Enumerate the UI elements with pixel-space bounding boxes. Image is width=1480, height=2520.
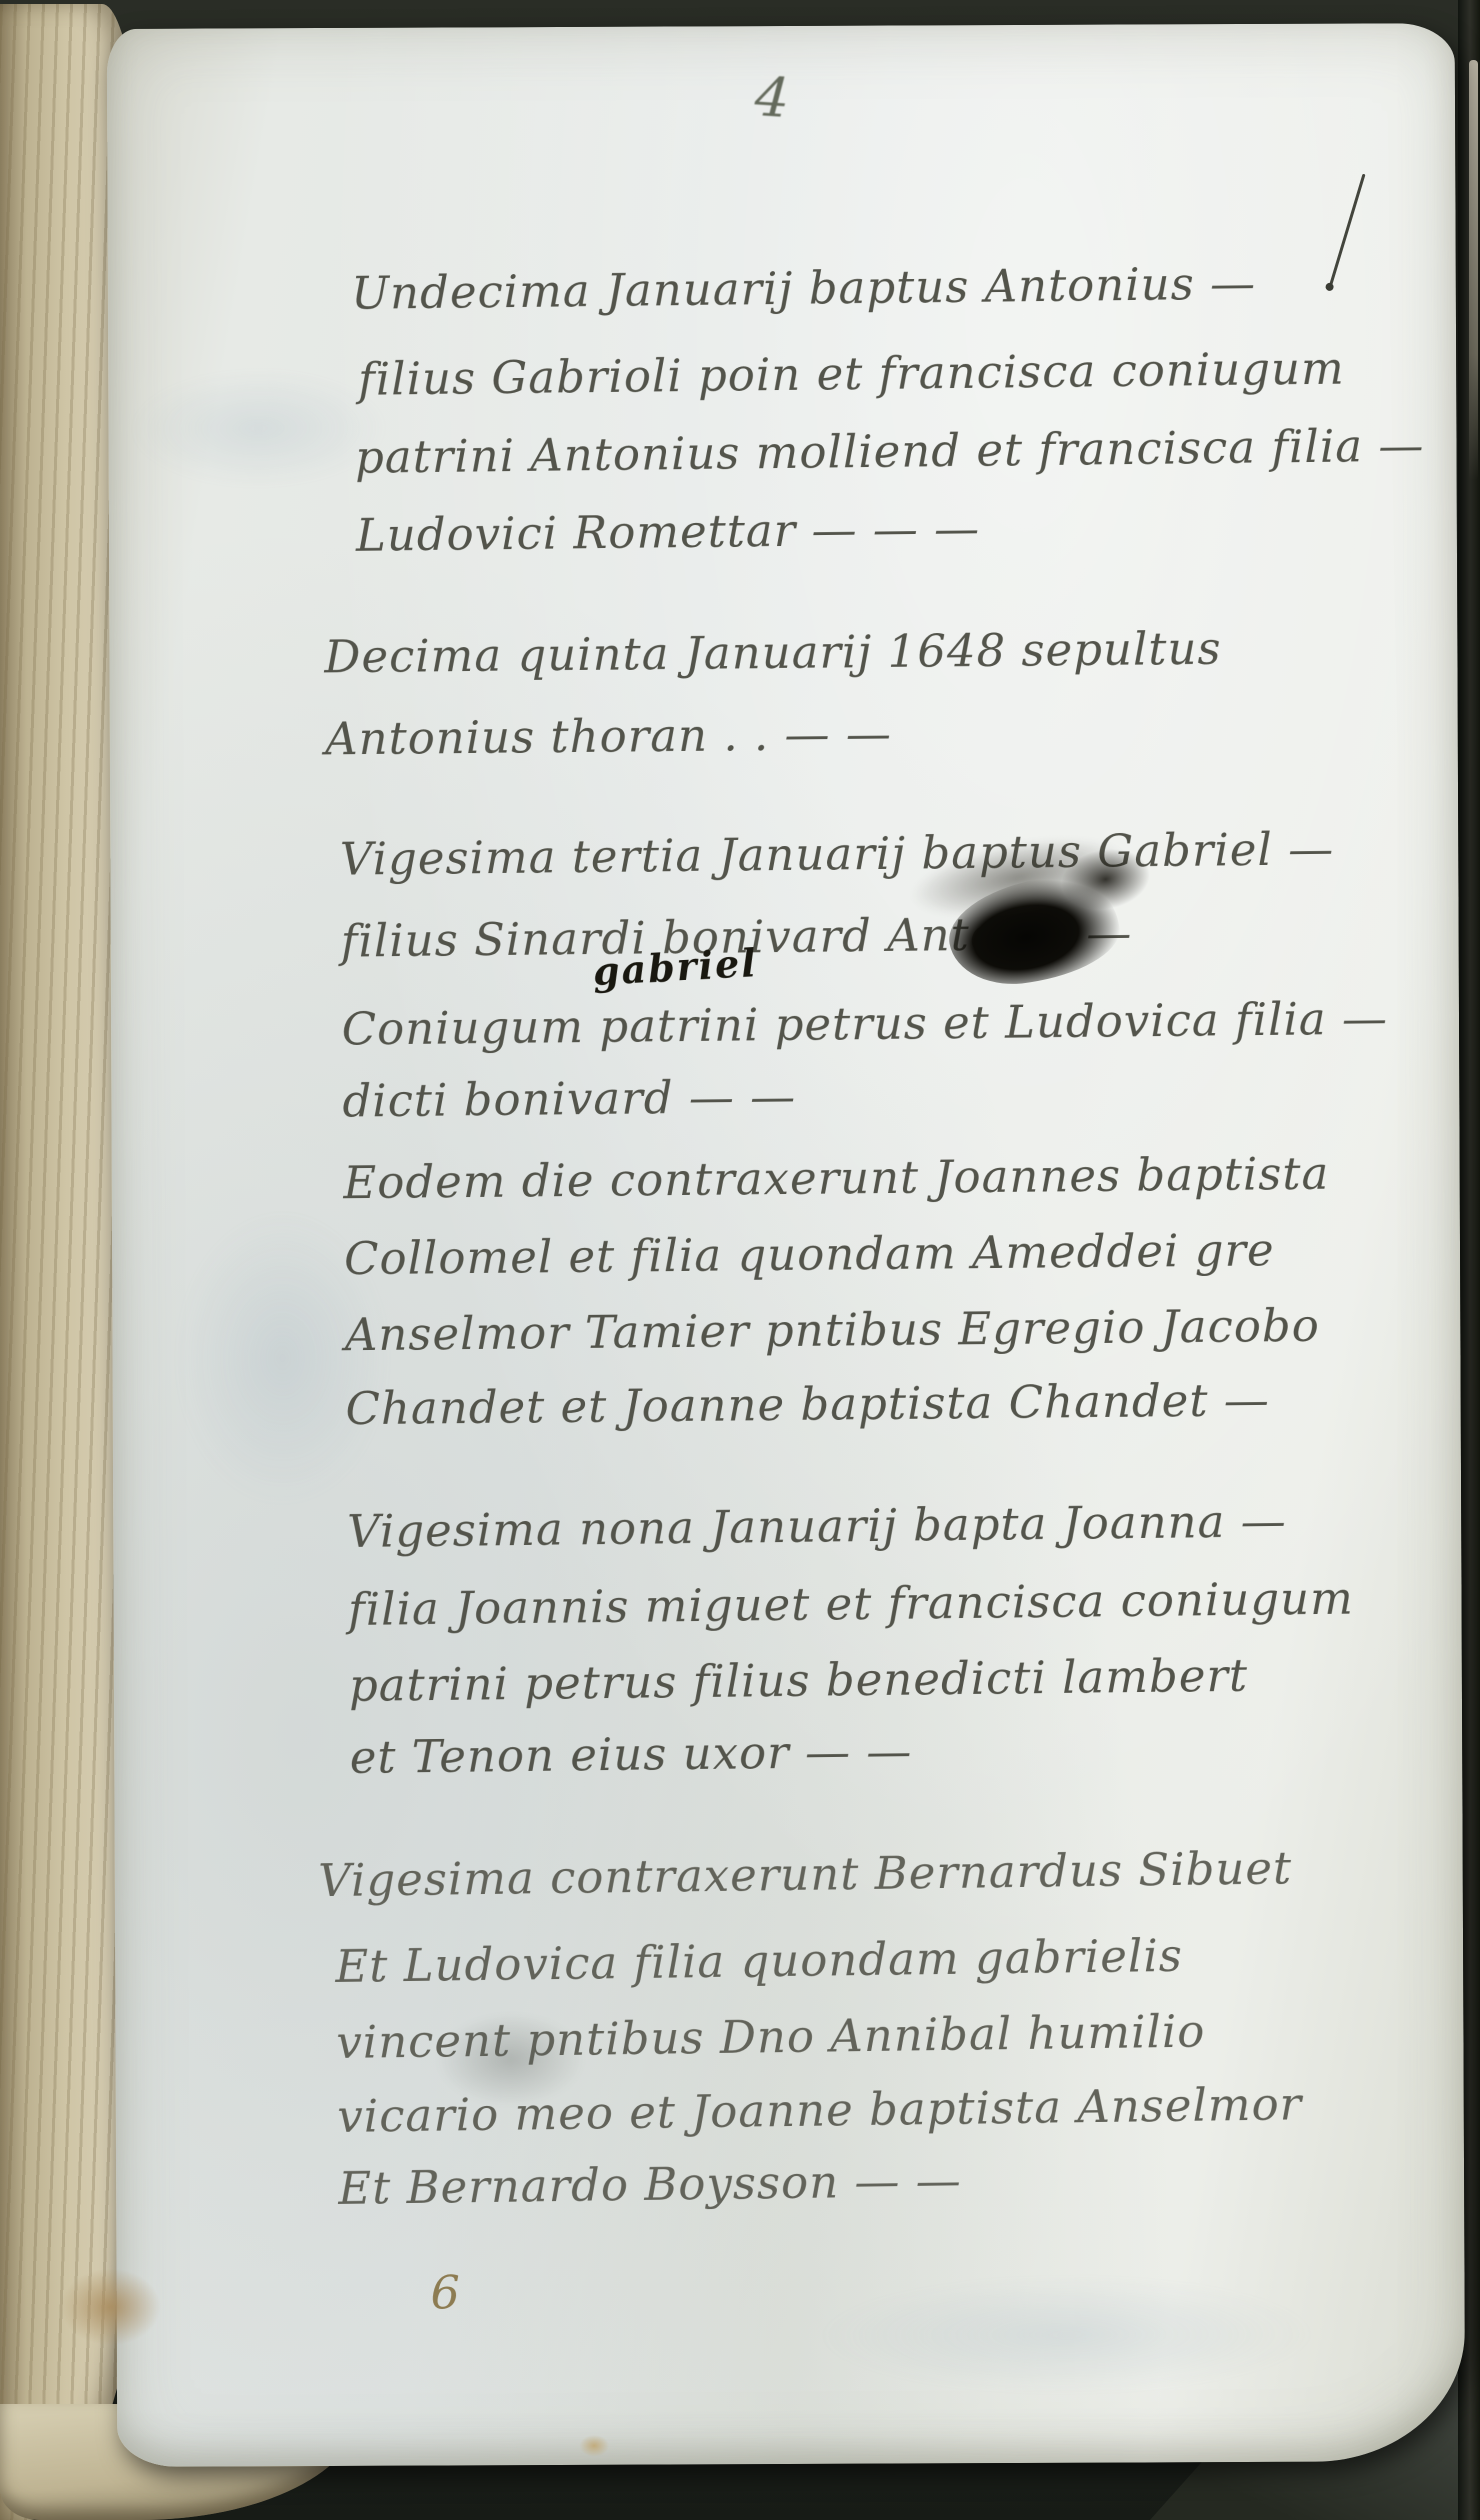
ink-line: Et Bernardo Boysson — — xyxy=(338,2154,962,2215)
manuscript-page: 4 Undecima Januarij baptus Antonius — fi… xyxy=(107,23,1466,2467)
ink-smudge xyxy=(435,2012,585,2108)
page-number-bottom: 6 xyxy=(430,2265,460,2319)
ink-line: Vigesima contraxerunt Bernardus Sibuet xyxy=(318,1841,1292,1907)
register-entry-marriage-sibuet: Vigesima contraxerunt Bernardus Sibuet E… xyxy=(96,17,1476,2472)
ink-line: Et Ludovica filia quondam gabrielis xyxy=(335,1929,1183,1993)
manuscript-photo: 4 Undecima Januarij baptus Antonius — fi… xyxy=(0,0,1480,2520)
paper-stain xyxy=(579,2435,609,2457)
paper-stain xyxy=(58,2267,162,2347)
next-leaf-highlight xyxy=(1469,60,1478,480)
